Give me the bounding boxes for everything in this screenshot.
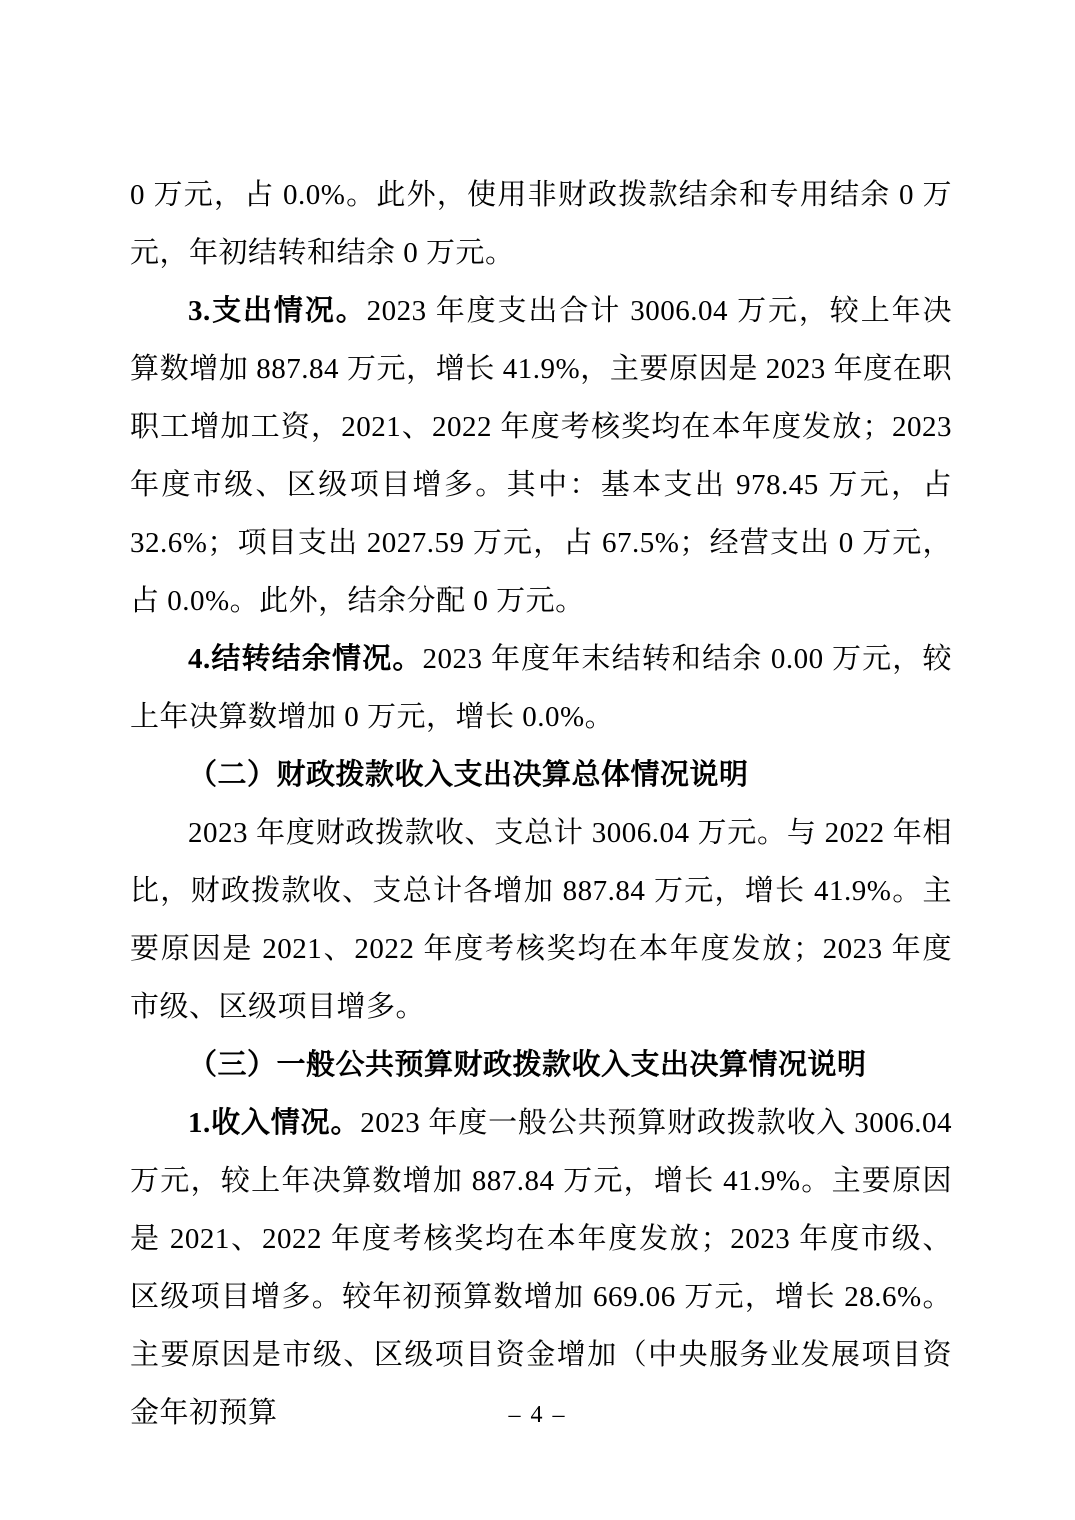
- paragraph-text: 0 万元，占 0.0%。此外，使用非财政拨款结余和专用结余 0 万元，年初结转和…: [130, 179, 952, 269]
- paragraph-expenditure-overview: 3.支出情况。2023 年度支出合计 3006.04 万元，较上年决算数增加 8…: [130, 282, 952, 630]
- paragraph-lead-label: 4.结转结余情况。: [188, 643, 423, 675]
- paragraph-income-overview: 1.收入情况。2023 年度一般公共预算财政拨款收入 3006.04 万元，较上…: [130, 1094, 952, 1442]
- paragraph-lead-label: 3.支出情况。: [188, 295, 367, 327]
- paragraph-text: 2023 年度支出合计 3006.04 万元，较上年决算数增加 887.84 万…: [130, 295, 952, 617]
- section-heading-text: （二）财政拨款收入支出决算总体情况说明: [188, 759, 749, 791]
- paragraph-fiscal-appropriation-total: 2023 年度财政拨款收、支总计 3006.04 万元。与 2022 年相比，财…: [130, 804, 952, 1036]
- document-page: 0 万元，占 0.0%。此外，使用非财政拨款结余和专用结余 0 万元，年初结转和…: [0, 0, 1075, 1520]
- paragraph-text: 2023 年度一般公共预算财政拨款收入 3006.04 万元，较上年决算数增加 …: [130, 1107, 952, 1429]
- section-heading-text: （三）一般公共预算财政拨款收入支出决算情况说明: [188, 1049, 867, 1081]
- paragraph-carryover-balance-continued: 0 万元，占 0.0%。此外，使用非财政拨款结余和专用结余 0 万元，年初结转和…: [130, 166, 952, 282]
- section-heading-general-public-budget: （三）一般公共预算财政拨款收入支出决算情况说明: [130, 1036, 952, 1094]
- document-text-block: 0 万元，占 0.0%。此外，使用非财政拨款结余和专用结余 0 万元，年初结转和…: [130, 166, 952, 1442]
- paragraph-text: 2023 年度财政拨款收、支总计 3006.04 万元。与 2022 年相比，财…: [130, 817, 952, 1023]
- page-number: – 4 –: [0, 1398, 1075, 1432]
- paragraph-carryforward-overview: 4.结转结余情况。2023 年度年末结转和结余 0.00 万元，较上年决算数增加…: [130, 630, 952, 746]
- section-heading-fiscal-appropriation: （二）财政拨款收入支出决算总体情况说明: [130, 746, 952, 804]
- paragraph-lead-label: 1.收入情况。: [188, 1107, 360, 1139]
